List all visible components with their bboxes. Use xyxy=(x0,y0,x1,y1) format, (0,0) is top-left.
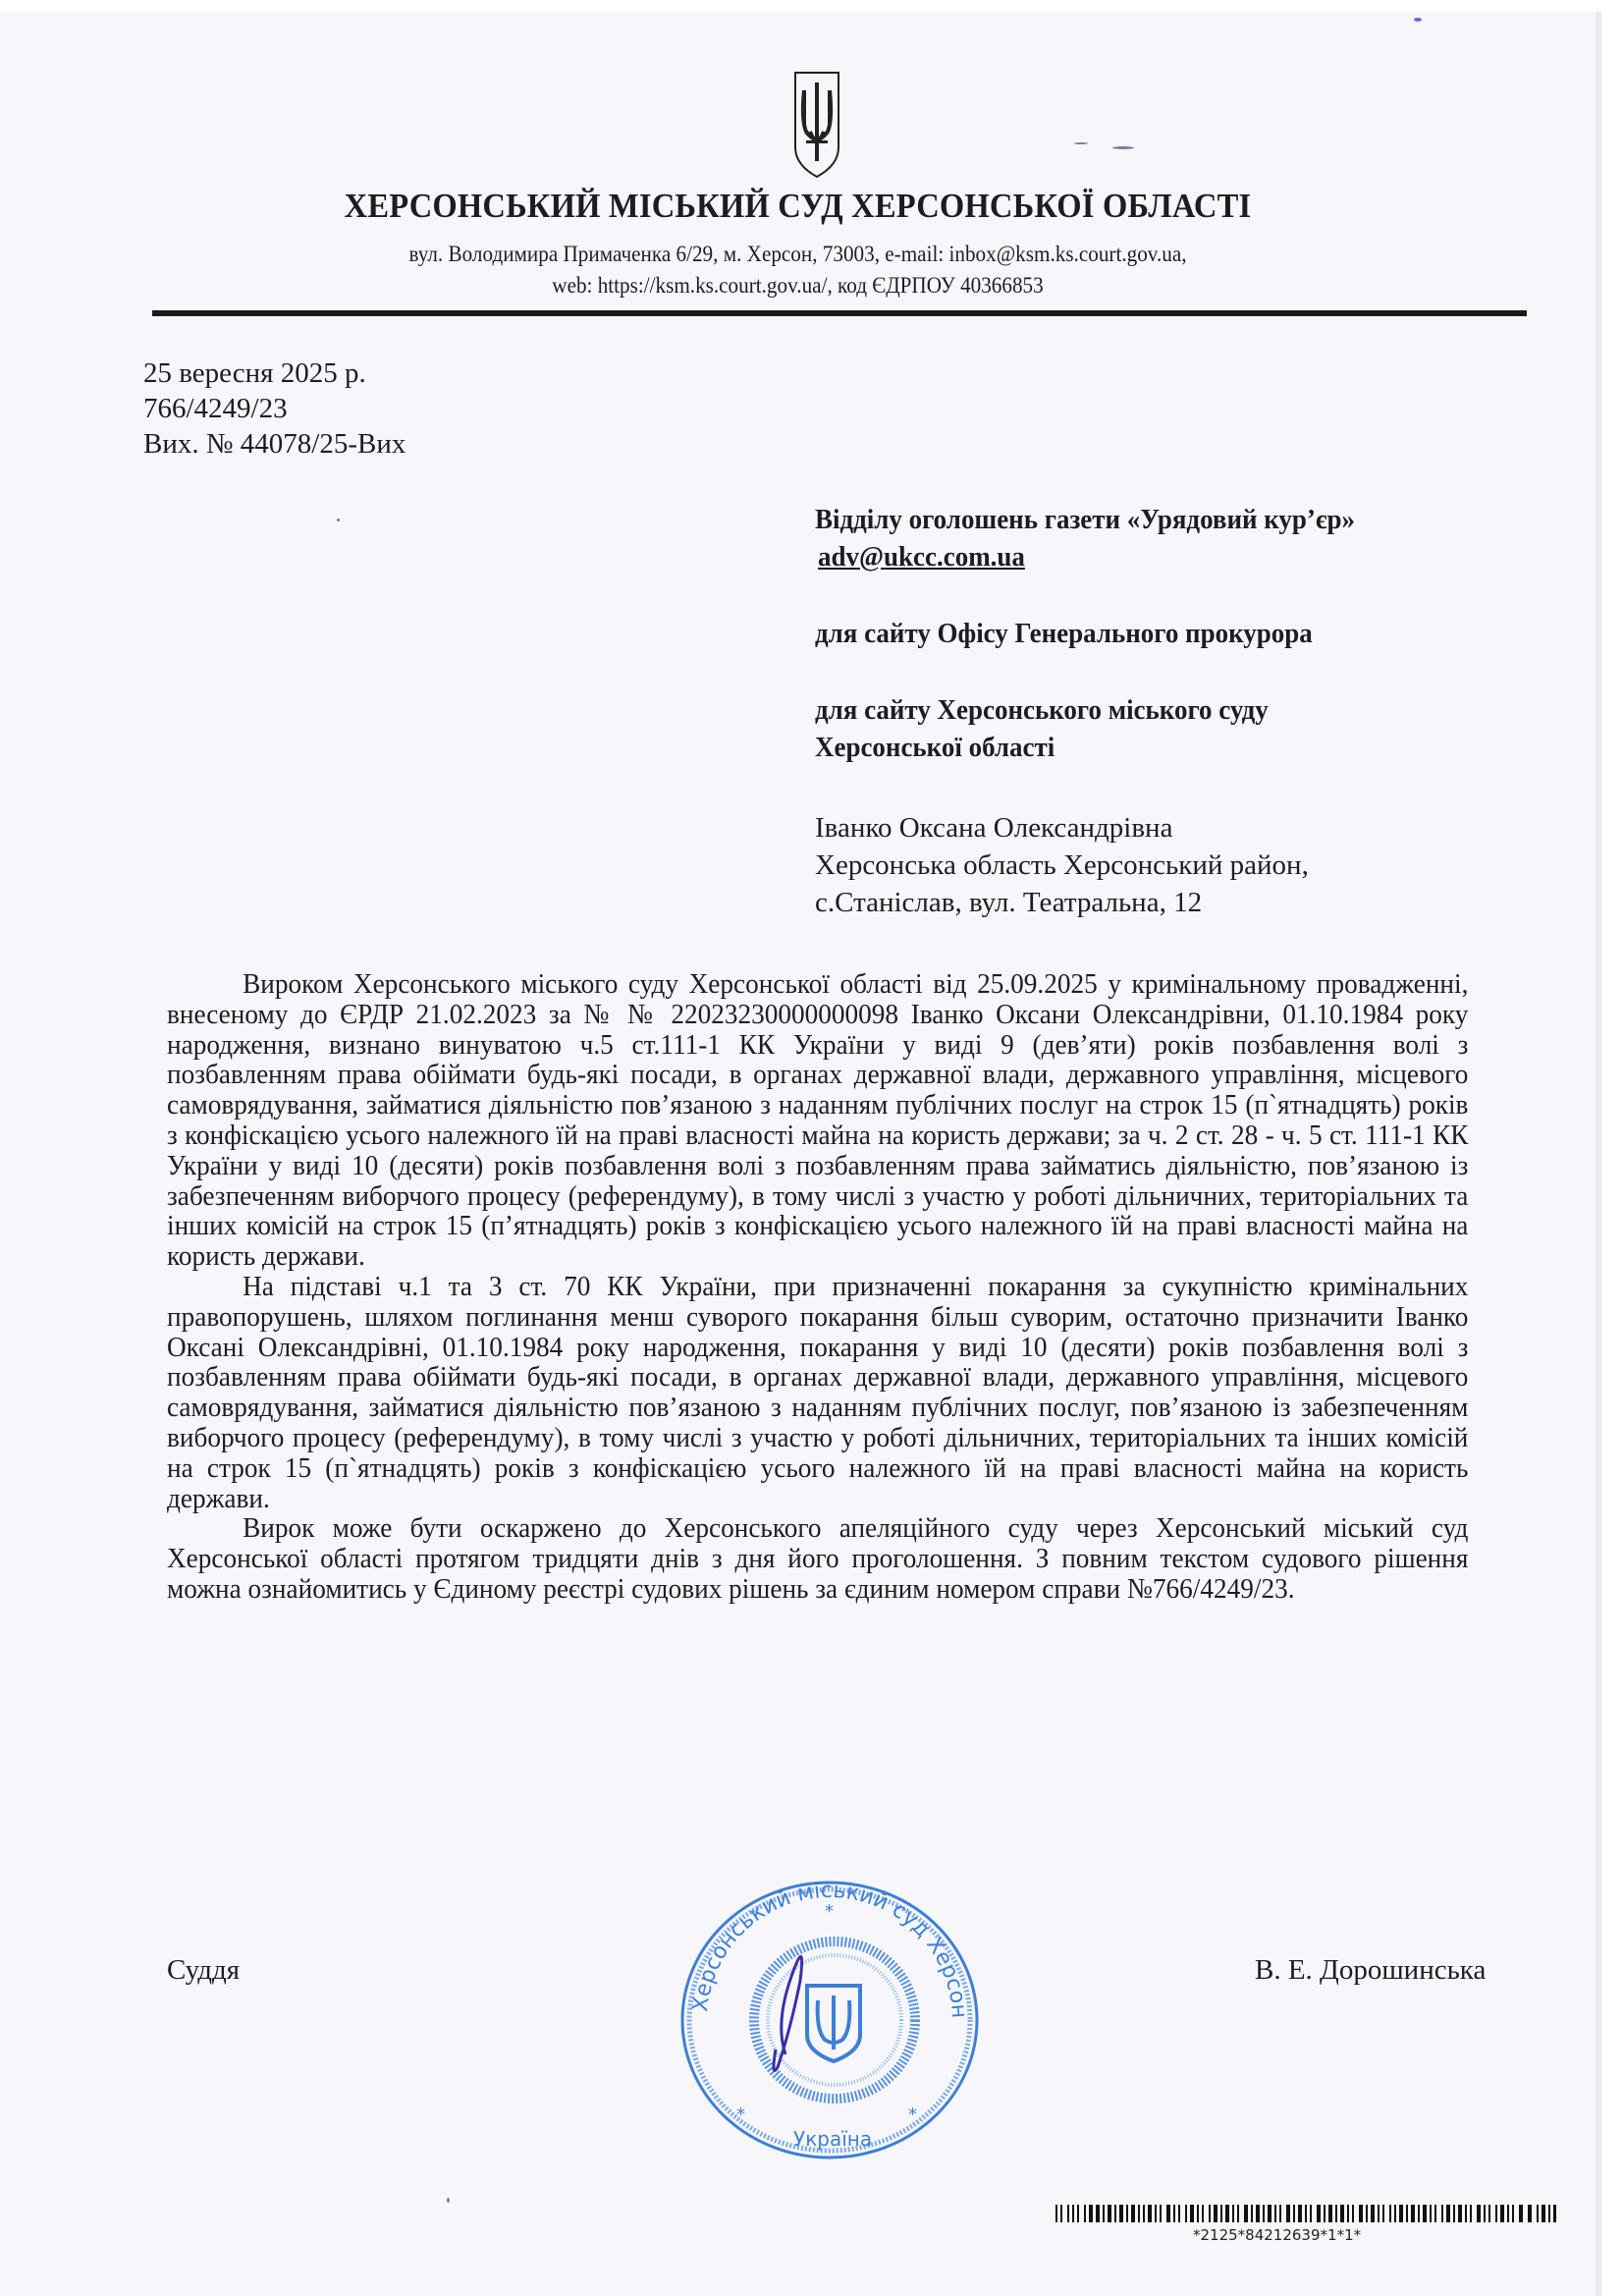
recipient-person-address-1: Херсонська область Херсонський район, xyxy=(815,847,1309,884)
svg-text:*: * xyxy=(825,1901,834,1922)
scan-speck xyxy=(447,2198,450,2203)
barcode-number: *2125*84212639*1*1* xyxy=(1193,2226,1361,2244)
trident-coat-of-arms-icon xyxy=(792,71,841,179)
paragraph-verdict: Вироком Херсонського міського суду Херсо… xyxy=(167,969,1468,1272)
document-date: 25 вересня 2025 р. xyxy=(143,355,406,391)
scan-speck xyxy=(1414,18,1422,22)
court-address-line: вул. Володимира Примаченка 6/29, м. Херс… xyxy=(64,242,1532,267)
svg-text:Україна: Україна xyxy=(793,2127,872,2151)
recipient-person-name: Іванко Оксана Олександрівна xyxy=(815,809,1172,847)
recipient-court-site-line1: для сайту Херсонського міського суду xyxy=(815,691,1269,729)
recipient-person-address-2: с.Станіслав, вул. Театральна, 12 xyxy=(815,884,1202,921)
document-meta: 25 вересня 2025 р. 766/4249/23 Вих. № 44… xyxy=(143,355,406,462)
recipient-prosecutor-site: для сайту Офісу Генерального прокурора xyxy=(815,615,1313,652)
paragraph-sentence: На підставі ч.1 та 3 ст. 70 КК України, … xyxy=(167,1272,1468,1513)
recipient-newspaper-email[interactable]: adv@ukcc.com.ua xyxy=(818,538,1025,575)
recipient-court-site-line2: Херсонської області xyxy=(815,729,1055,766)
signature-role: Суддя xyxy=(167,1954,240,1987)
case-number: 766/4249/23 xyxy=(143,391,406,426)
email-link[interactable]: adv@ukcc.com.ua xyxy=(818,541,1025,573)
judge-name: В. Е. Дорошинська xyxy=(1255,1954,1486,1987)
outgoing-number: Вих. № 44078/25-Вих xyxy=(143,426,406,462)
scan-speck xyxy=(1074,142,1088,144)
header-divider xyxy=(152,310,1527,316)
court-name-heading: ХЕРСОНСЬКИЙ МІСЬКИЙ СУД ХЕРСОНСЬКОЇ ОБЛА… xyxy=(56,187,1540,226)
barcode-icon xyxy=(1055,2205,1556,2222)
notice-body: Вироком Херсонського міського суду Херсо… xyxy=(167,969,1468,1605)
court-seal-stamp-icon: Херсонський міський суд Херсонської Укра… xyxy=(668,1873,992,2162)
court-web-line: web: https://ksm.ks.court.gov.ua/, код Є… xyxy=(64,273,1532,299)
scan-speck xyxy=(1112,146,1134,149)
scanned-page: ХЕРСОНСЬКИЙ МІСЬКИЙ СУД ХЕРСОНСЬКОЇ ОБЛА… xyxy=(0,12,1601,2296)
paragraph-appeal: Вирок може бути оскаржено до Херсонськог… xyxy=(167,1513,1468,1604)
svg-text:*: * xyxy=(736,2105,745,2125)
scan-speck xyxy=(337,519,340,521)
recipient-newspaper: Відділу оголошень газети «Урядовий кур’є… xyxy=(815,501,1355,538)
svg-text:*: * xyxy=(908,2105,917,2125)
